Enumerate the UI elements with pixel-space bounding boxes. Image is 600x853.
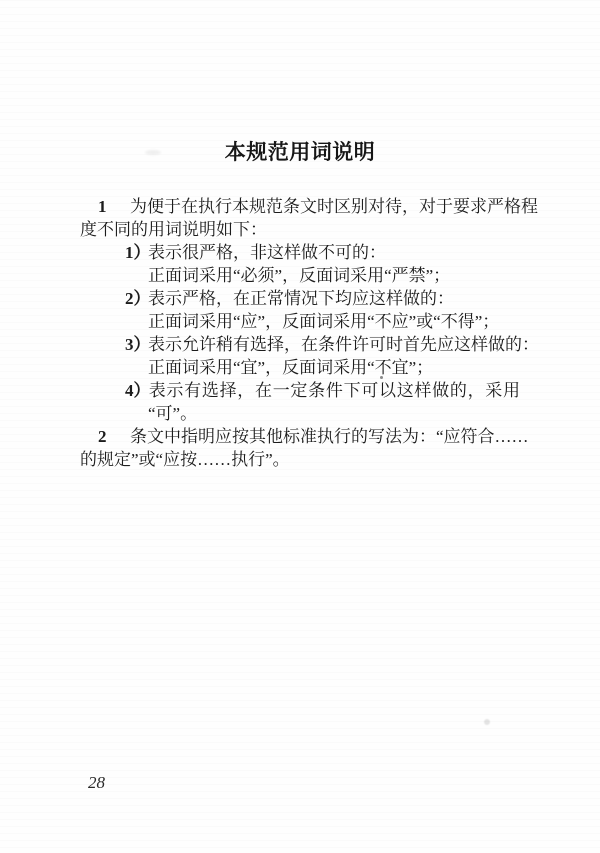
paragraph-2-line-1: 2条文中指明应按其他标准执行的写法为：“应符合…… [80, 425, 520, 448]
paragraph-2-line-2: 的规定”或“应按……执行”。 [80, 448, 520, 471]
clause-2-number: 2 [98, 425, 130, 448]
scan-smudge [484, 719, 490, 725]
list-item-3-line-2: 正面词采用“宜”，反面词采用“不宜”； [80, 356, 520, 379]
list-item-2-number: 2） [125, 287, 148, 310]
list-item-2-line-2: 正面词采用“应”，反面词采用“不应”或“不得”； [80, 310, 520, 333]
list-item-3-number: 3） [125, 333, 148, 356]
list-item-4-line-2: “可”。 [80, 402, 520, 425]
list-item-1-line-1: 1）表示很严格，非这样做不可的： [80, 241, 520, 264]
clause-1-number: 1 [98, 195, 130, 218]
page-title: 本规范用词说明 [0, 136, 600, 166]
list-item-4-line-1: 4）表示有选择，在一定条件下可以这样做的，采用 [80, 379, 520, 402]
list-item-3-line-1: 3）表示允许稍有选择，在条件许可时首先应这样做的： [80, 333, 520, 356]
list-item-4-text: 表示有选择，在一定条件下可以这样做的，采用 [148, 381, 520, 400]
body-text: 1为便于在执行本规范条文时区别对待，对于要求严格程 度不同的用词说明如下： 1）… [80, 195, 520, 471]
paragraph-1-text: 为便于在执行本规范条文时区别对待，对于要求严格程 [130, 197, 538, 216]
list-item-1-number: 1） [125, 241, 148, 264]
list-item-1-text: 表示很严格，非这样做不可的： [148, 243, 386, 262]
list-item-4-number: 4） [125, 379, 148, 402]
scanned-document-page: 本规范用词说明 1为便于在执行本规范条文时区别对待，对于要求严格程 度不同的用词… [0, 0, 600, 853]
list-item-1-line-2: 正面词采用“必须”，反面词采用“严禁”； [80, 264, 520, 287]
paragraph-1-line-1: 1为便于在执行本规范条文时区别对待，对于要求严格程 [80, 195, 520, 218]
paragraph-2-text: 条文中指明应按其他标准执行的写法为：“应符合…… [130, 427, 529, 446]
paragraph-1-line-2: 度不同的用词说明如下： [80, 218, 520, 241]
page-number: 28 [88, 773, 105, 793]
list-item-3-text: 表示允许稍有选择，在条件许可时首先应这样做的： [148, 335, 539, 354]
list-item-2-line-1: 2）表示严格，在正常情况下均应这样做的： [80, 287, 520, 310]
list-item-2-text: 表示严格，在正常情况下均应这样做的： [148, 289, 454, 308]
